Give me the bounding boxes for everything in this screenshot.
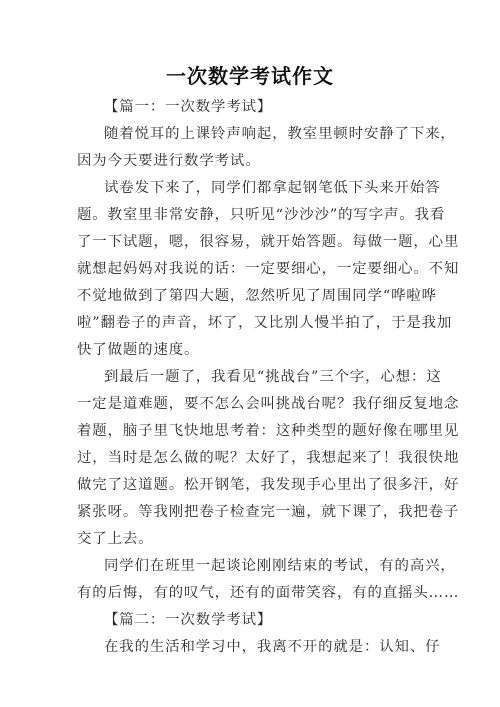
- text-line: 不觉地做到了第四大题，忽然听见了周围同学“哗啦哗: [77, 287, 423, 305]
- text-line: 一定是道难题，要不怎么会叫挑战台呢？我仔细反复地念: [77, 395, 423, 413]
- text-line: 随着悦耳的上课铃声响起，教室里顿时安静了下来，: [104, 125, 450, 143]
- text-line: 啦”翻卷子的声音，坏了，又比别人慢半拍了，于是我加: [77, 314, 423, 332]
- text-line: 因为今天要进行数学考试。: [77, 152, 423, 170]
- text-line: 同学们在班里一起谈论刚刚结束的考试，有的高兴，: [104, 557, 450, 575]
- text-line: 题。教室里非常安静，只听见“沙沙沙”的写字声。我看: [77, 206, 423, 224]
- section-heading: 【篇一：一次数学考试】: [104, 98, 450, 116]
- text-line: 过，当时是怎么做的呢？太好了，我想起来了！我很快地: [77, 449, 423, 467]
- document-page: 一次数学考试作文 【篇一：一次数学考试】随着悦耳的上课铃声响起，教室里顿时安静了…: [0, 0, 500, 707]
- text-line: 了一下试题，嗯，很容易，就开始答题。每做一题，心里: [77, 233, 423, 251]
- text-line: 紧张呀。等我刚把卷子检查完一遍，就下课了，我把卷子: [77, 503, 423, 521]
- text-line: 做完了这道题。松开钢笔，我发现手心里出了很多汗，好: [77, 476, 423, 494]
- text-line: 到最后一题了，我看见“挑战台”三个字，心想：这: [104, 368, 450, 386]
- section-heading: 【篇二：一次数学考试】: [104, 611, 450, 629]
- text-line: 着题，脑子里飞快地思考着：这种类型的题好像在哪里见: [77, 422, 423, 440]
- text-line: 就想起妈妈对我说的话：一定要细心，一定要细心。不知: [77, 260, 423, 278]
- text-line: 在我的生活和学习中，我离不开的就是：认知、仔: [104, 638, 450, 656]
- text-line: 有的后悔，有的叹气，还有的面带笑容，有的直摇头……: [77, 584, 423, 602]
- document-title: 一次数学考试作文: [0, 60, 500, 89]
- text-line: 交了上去。: [77, 530, 423, 548]
- text-line: 试卷发下来了，同学们都拿起钢笔低下头来开始答: [104, 179, 450, 197]
- text-line: 快了做题的速度。: [77, 341, 423, 359]
